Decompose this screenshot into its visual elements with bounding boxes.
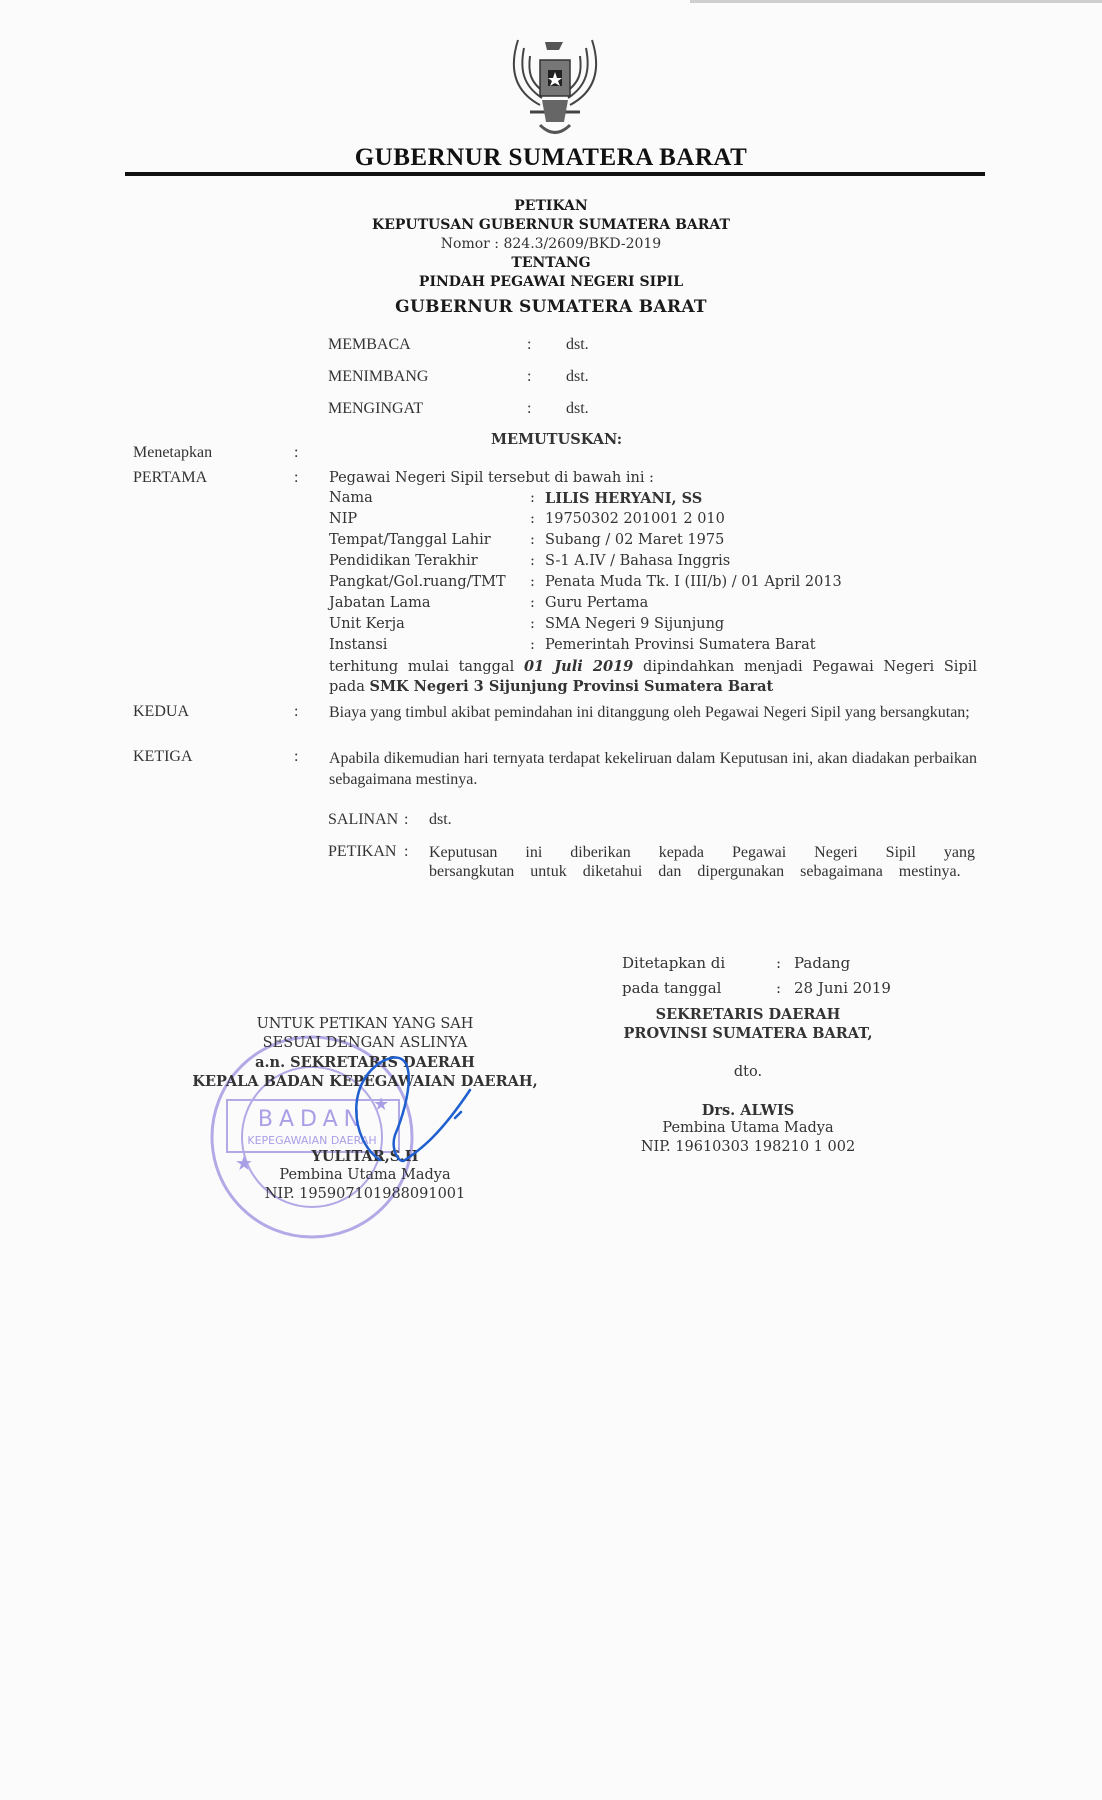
destination-unit: SMK Negeri 3 Sijunjung Provinsi Sumatera… (369, 678, 773, 695)
signer-left-line1: UNTUK PETIKAN YANG SAH (200, 1016, 530, 1032)
heading-subject: PINDAH PEGAWAI NEGERI SIPIL (0, 274, 1102, 290)
pertama-sep: : (294, 469, 298, 487)
enact-date: 28 Juni 2019 (794, 979, 891, 997)
destination-prefix: pada (329, 679, 365, 695)
handwritten-signature-icon (340, 1040, 500, 1180)
kedua-sep: : (294, 703, 298, 721)
scan-edge-line (690, 0, 1102, 3)
petikan-sep: : (404, 843, 408, 861)
consideration-value: dst. (566, 336, 589, 354)
effective-line: terhitung mulai tanggal 01 Juli 2019 dip… (329, 657, 977, 677)
field-value: Guru Pertama (545, 595, 648, 611)
consideration-sep: : (527, 336, 531, 354)
consideration-value: dst. (566, 400, 589, 418)
signer-right-rank: Pembina Utama Madya (618, 1120, 878, 1136)
garuda-emblem-icon (500, 30, 610, 145)
effective-prefix: terhitung mulai tanggal (329, 659, 514, 675)
header-rule (125, 172, 985, 176)
menetapkan-sep: : (294, 444, 298, 462)
field-label: Pangkat/Gol.ruang/TMT (329, 574, 506, 590)
enact-date-sep: : (776, 979, 781, 997)
salinan-label: SALINAN (328, 811, 398, 829)
consideration-label: MENGINGAT (328, 400, 423, 418)
field-label: Unit Kerja (329, 616, 405, 632)
petikan-label: PETIKAN (328, 843, 396, 861)
signer-left-nip: NIP. 195907101988091001 (200, 1186, 530, 1202)
ketiga-text: Apabila dikemudian hari ternyata terdapa… (329, 748, 977, 790)
consideration-sep: : (527, 400, 531, 418)
field-value: S-1 A.IV / Bahasa Inggris (545, 553, 730, 569)
field-sep: : (530, 637, 535, 653)
heading-tentang: TENTANG (0, 255, 1102, 271)
field-sep: : (530, 595, 535, 611)
field-sep: : (530, 532, 535, 548)
effective-suffix: dipindahkan menjadi Pegawai Negeri Sipil (643, 659, 977, 675)
petikan-text: Keputusan ini diberikan kepada Pegawai N… (429, 843, 975, 881)
kedua-label: KEDUA (133, 703, 189, 721)
destination-line: pada SMK Negeri 3 Sijunjung Provinsi Sum… (329, 677, 773, 697)
signer-right-title1: SEKRETARIS DAERAH (618, 1006, 878, 1023)
field-value: Pemerintah Provinsi Sumatera Barat (545, 637, 816, 653)
ketiga-label: KETIGA (133, 748, 193, 766)
field-value: SMA Negeri 9 Sijunjung (545, 616, 724, 632)
field-label: Instansi (329, 637, 387, 653)
memutuskan-heading: MEMUTUSKAN: (491, 431, 622, 448)
consideration-label: MEMBACA (328, 336, 411, 354)
signer-right-name: Drs. ALWIS (618, 1102, 878, 1119)
field-value: Subang / 02 Maret 1975 (545, 532, 724, 548)
enact-place-sep: : (776, 954, 781, 972)
field-value: Penata Muda Tk. I (III/b) / 01 April 201… (545, 574, 842, 590)
enact-date-label: pada tanggal (622, 979, 721, 997)
field-label: Nama (329, 490, 373, 506)
salinan-value: dst. (429, 811, 452, 829)
field-sep: : (530, 553, 535, 569)
consideration-label: MENIMBANG (328, 368, 428, 386)
signer-right-title2: PROVINSI SUMATERA BARAT, (618, 1025, 878, 1042)
office-title: GUBERNUR SUMATERA BARAT (0, 144, 1102, 172)
field-label: Tempat/Tanggal Lahir (329, 532, 491, 548)
field-sep: : (530, 574, 535, 590)
decision-number: Nomor : 824.3/2609/BKD-2019 (0, 236, 1102, 252)
enact-place-label: Ditetapkan di (622, 954, 725, 972)
field-label: NIP (329, 511, 357, 527)
consideration-sep: : (527, 368, 531, 386)
field-sep: : (530, 616, 535, 632)
field-label: Jabatan Lama (329, 595, 430, 611)
salinan-sep: : (404, 811, 408, 829)
effective-date: 01 Juli 2019 (524, 658, 633, 675)
field-value: 19750302 201001 2 010 (545, 511, 725, 527)
field-label: Pendidikan Terakhir (329, 553, 478, 569)
ketiga-sep: : (294, 748, 298, 766)
field-sep: : (530, 490, 535, 506)
kedua-text: Biaya yang timbul akibat pemindahan ini … (329, 702, 977, 723)
signer-right-nip: NIP. 19610303 198210 1 002 (618, 1139, 878, 1155)
heading-petikan: PETIKAN (0, 198, 1102, 214)
consideration-value: dst. (566, 368, 589, 386)
heading-decision: KEPUTUSAN GUBERNUR SUMATERA BARAT (0, 217, 1102, 233)
field-value-name: LILIS HERYANI, SS (545, 490, 702, 507)
signer-right-dto: dto. (618, 1064, 878, 1080)
menetapkan-label: Menetapkan (133, 444, 212, 462)
enact-place: Padang (794, 954, 850, 972)
pertama-label: PERTAMA (133, 469, 207, 487)
field-sep: : (530, 511, 535, 527)
pertama-intro: Pegawai Negeri Sipil tersebut di bawah i… (329, 470, 654, 486)
heading-authority: GUBERNUR SUMATERA BARAT (0, 297, 1102, 317)
